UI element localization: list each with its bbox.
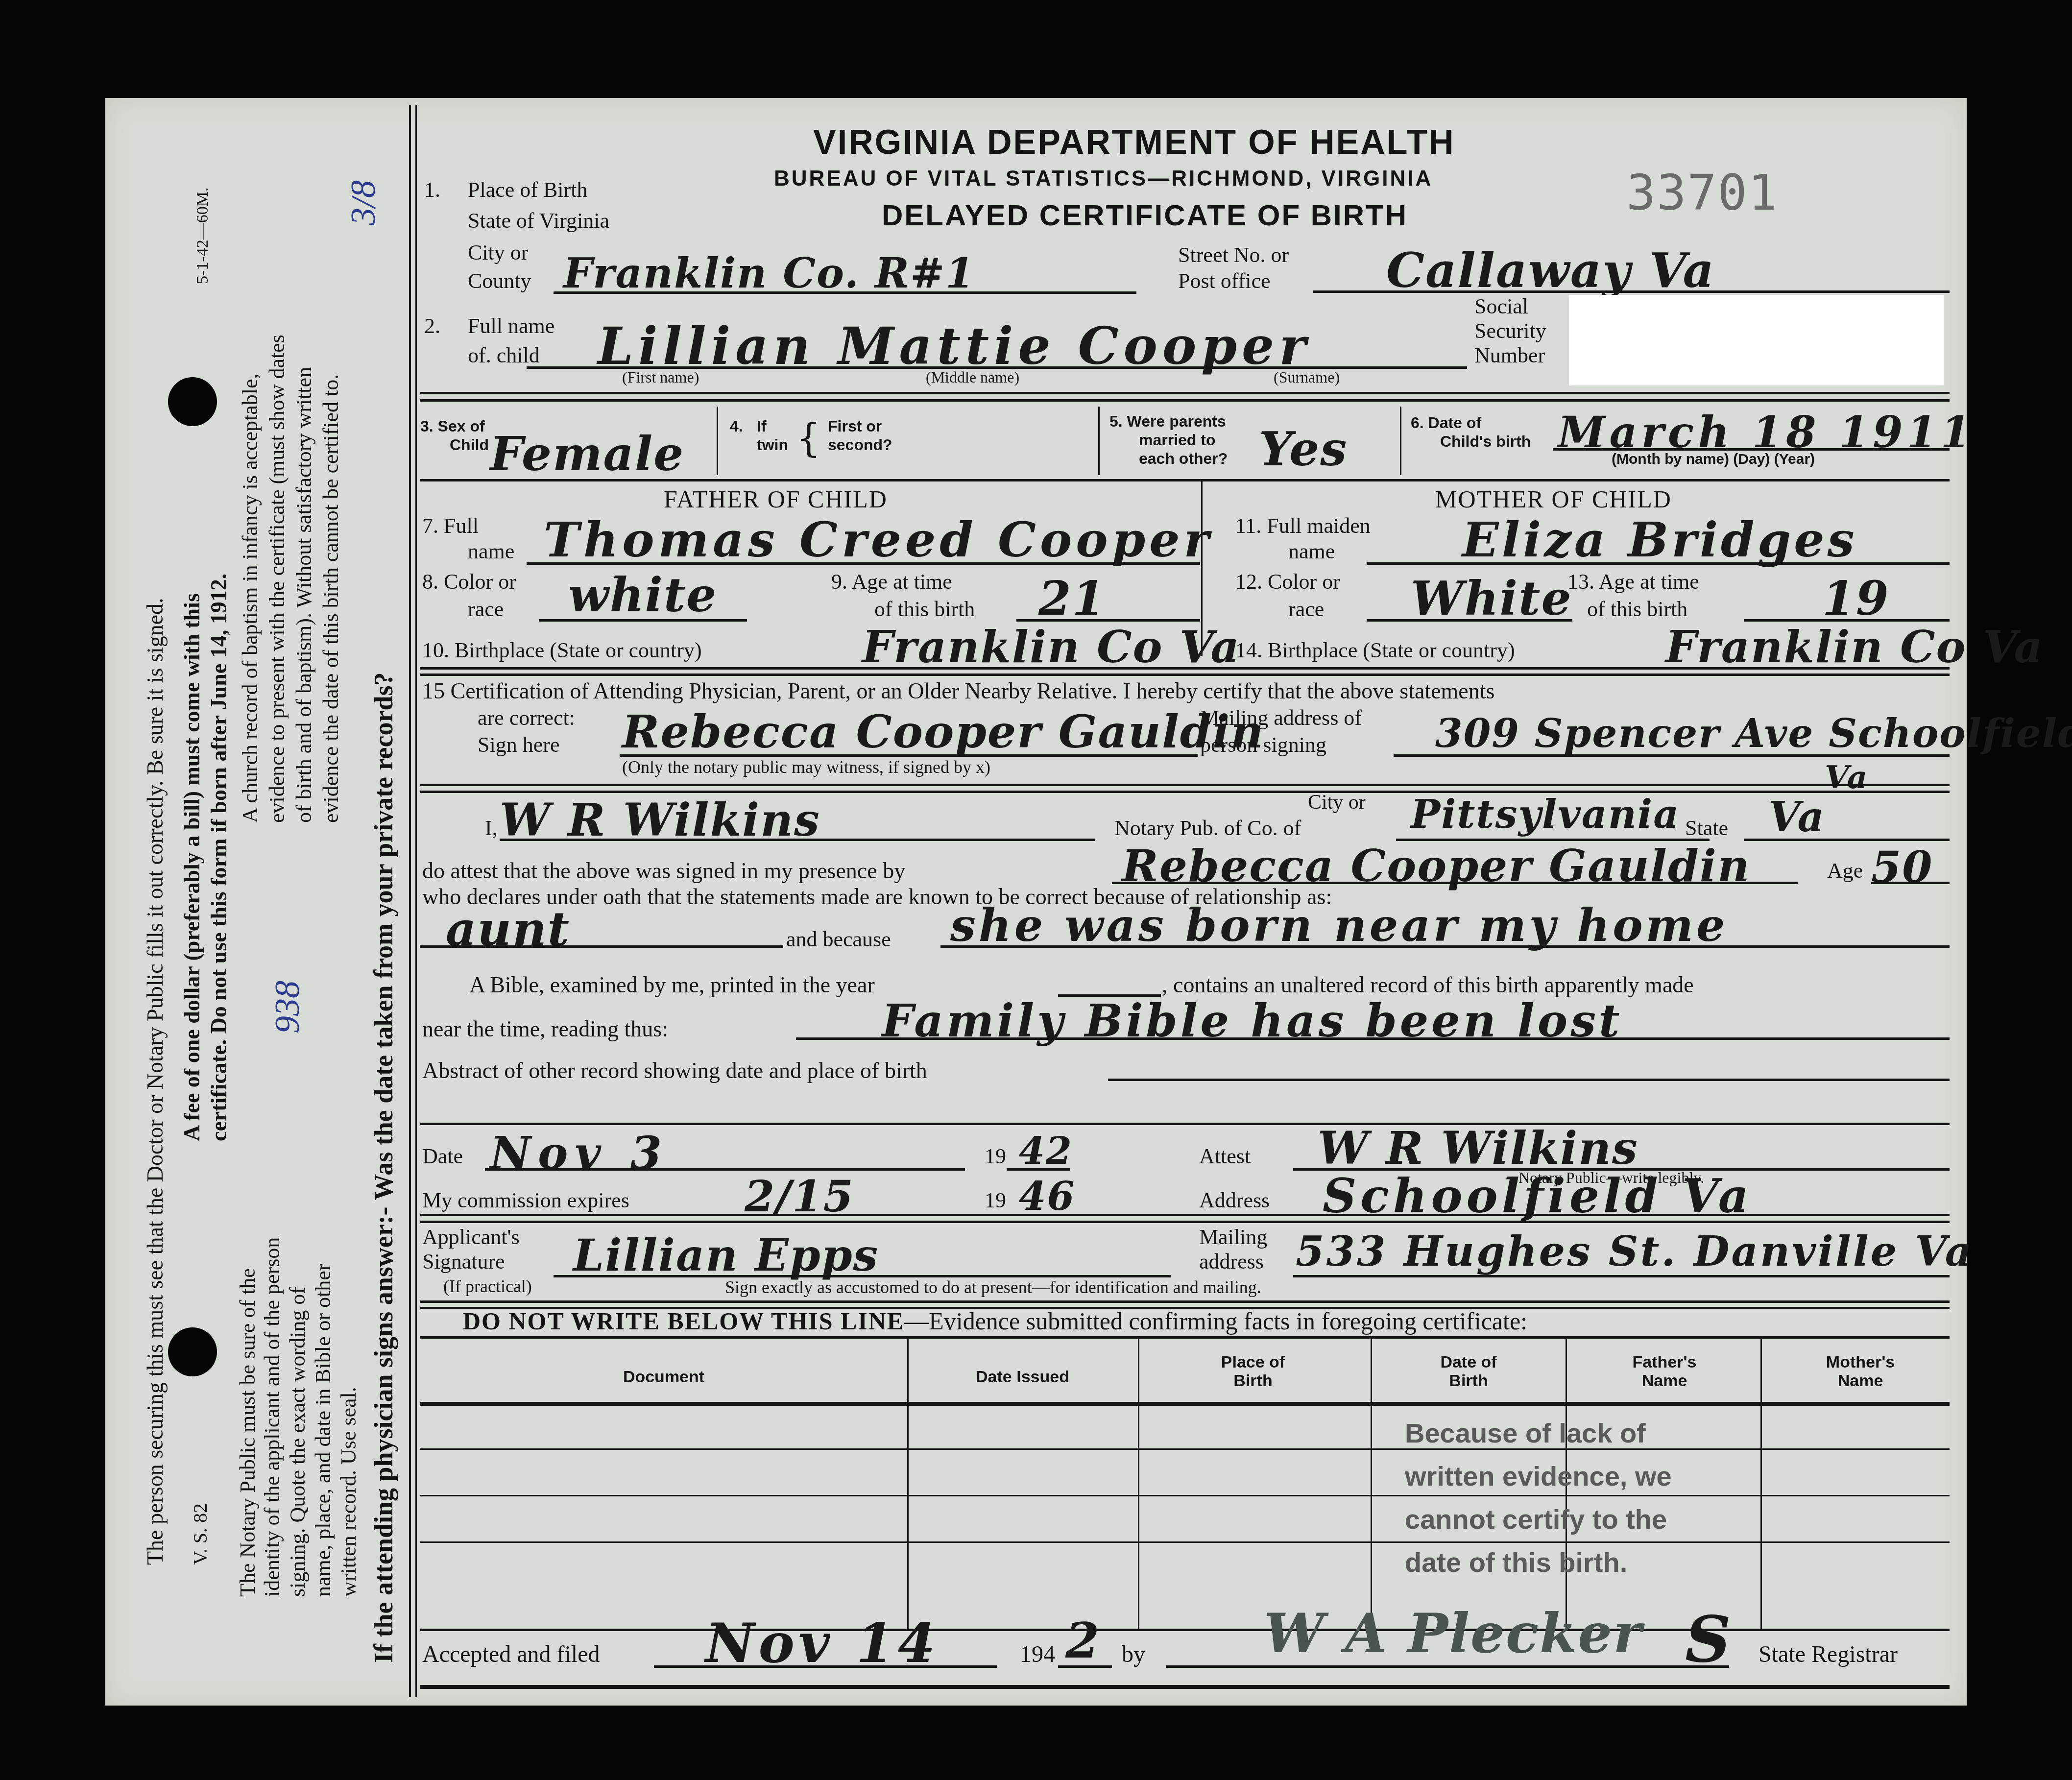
father-name-underline [527,562,1200,565]
sidebar-church-1: A church record of baptism in infancy is… [238,373,263,823]
place-of-birth-num: 1. [424,177,440,203]
sign-here-label: Sign here [478,732,559,758]
notary-state-field[interactable]: Va [1768,793,1825,841]
dob-label-1: 6. Date of [1411,414,1481,432]
ssn-redaction-box [1569,295,1944,385]
sidebar-line-fee: A fee of one dollar (preferably a bill) … [179,593,205,1141]
table-row-rule-1 [420,1448,1950,1450]
row3-divider-2 [1098,407,1100,475]
certification-line-2: are correct: [478,705,575,731]
registrar-underline [1166,1665,1729,1668]
father-age-label-1: 9. Age at time [831,569,952,595]
city-county-field[interactable]: Franklin Co. R#1 [563,249,975,297]
row3-divider-1 [717,407,718,475]
attest-age-underline [1871,882,1950,884]
applicant-label-2: Signature [422,1249,505,1275]
ssn-label-2: Security [1474,318,1546,344]
evidence-table: Document Date Issued Place of Birth Date… [420,1338,1950,1632]
table-col-divider-3 [1371,1338,1372,1630]
sex-label-2: Child [450,436,489,454]
table-header-document: Document [420,1368,907,1386]
notary-state-underline [1744,839,1950,841]
father-age-label-2: of this birth [874,597,975,622]
sidebar-church-4: evidence the date of this birth cannot b… [318,374,343,823]
final-rule [420,1685,1950,1689]
dob-label-2: Child's birth [1440,433,1531,450]
certificate-number: 33701 [1626,164,1779,221]
table-header-date-issued: Date Issued [907,1368,1138,1386]
divider-4b [420,791,1950,793]
sidebar-notary-5: written record. Use seal. [336,1387,361,1597]
notary-state-label: State [1685,816,1728,841]
mother-age-label-1: 13. Age at time [1567,569,1699,595]
applicant-label-1: Applicant's [422,1225,520,1250]
accepted-year-prefix: 194 [1020,1642,1055,1667]
notary-city-label: City or [1308,790,1366,815]
table-header-place-of-birth: Place of Birth [1204,1353,1302,1390]
table-header-fathers-name: Father's Name [1615,1353,1713,1390]
father-birthplace-field[interactable]: Franklin Co Va [862,621,1240,673]
father-race-label-2: race [468,597,504,622]
mother-name-underline [1367,562,1950,565]
attest-signature-field[interactable]: W R Wilkins [1318,1122,1638,1175]
father-race-underline [539,619,747,622]
bible-reading-underline [796,1037,1950,1040]
row3-divider-3 [1400,407,1401,475]
mother-age-field[interactable]: 19 [1822,571,1890,626]
caption-middle-name: (Middle name) [926,368,1019,386]
by-label: by [1122,1642,1145,1667]
city-label-1: City or [468,240,528,265]
place-of-birth-label: Place of Birth [468,177,587,203]
table-row-rule-2 [420,1495,1950,1496]
notary-name-underline [500,839,1095,841]
stamp-line-1: Because of lack of [1405,1412,1672,1455]
mother-birthplace-label: 14. Birthplace (State or country) [1235,638,1515,663]
father-name-field[interactable]: Thomas Creed Cooper [544,512,1213,568]
attest-label: do attest that the above was signed in m… [422,858,905,884]
form-title: DELAYED CERTIFICATE OF BIRTH [882,198,1408,232]
married-label-3: each other? [1139,450,1228,467]
street-label-1: Street No. or [1178,242,1289,268]
father-race-field[interactable]: white [568,567,717,623]
applicant-signature-field[interactable]: Lillian Epps [573,1229,879,1281]
table-header-rule [420,1402,1950,1406]
sex-field[interactable]: Female [490,426,684,481]
commission-year-prefix: 19 [985,1188,1006,1213]
notary-i-label: I, [485,816,498,841]
abstract-label: Abstract of other record showing date an… [422,1058,927,1083]
date-year-underline [1007,1168,1070,1171]
ssn-label-1: Social [1474,294,1528,319]
accepted-label: Accepted and filed [422,1642,600,1667]
sidebar-notary-3: signing. Quote the exact wording of [285,1287,310,1597]
commission-divider-a [420,1214,1950,1216]
mailing-label-2: person signing [1200,732,1326,758]
sidebar-note-3-8: 3/8 [343,180,384,225]
date-underline [485,1168,965,1171]
divider-3a [420,667,1950,670]
certification-line-1: 15 Certification of Attending Physician,… [422,678,1494,704]
department-title: VIRGINIA DEPARTMENT OF HEALTH [813,122,1455,162]
married-field[interactable]: Yes [1259,421,1348,477]
stamp-line-3: cannot certify to the [1405,1498,1672,1541]
twin-label-1: If [757,417,767,435]
father-heading: FATHER OF CHILD [664,485,888,513]
divider-1a [420,392,1950,394]
father-race-label-1: 8. Color or [422,569,516,595]
stamp-line-2: written evidence, we [1405,1455,1672,1498]
because-field[interactable]: she was born near my home [950,899,1728,952]
abstract-underline [1108,1079,1950,1081]
attest-age-field[interactable]: 50 [1871,842,1933,892]
certifier-mailing-field[interactable]: 309 Spencer Ave Schoolfield [1435,710,2072,756]
commission-divider-b [420,1221,1950,1223]
child-name-label-1: Full name [468,313,554,339]
married-label-2: married to [1139,431,1215,449]
registrar-signature: W A Plecker [1264,1602,1642,1665]
child-name-num: 2. [424,313,440,339]
mother-name-label-2: name [1288,539,1335,564]
applicant-label-3: (If practical) [443,1276,532,1297]
sidebar-note-938: 938 [267,981,308,1034]
twin-label-2: twin [757,436,788,454]
sidebar-line-do-not-use: certificate. Do not use this form if bor… [206,574,232,1141]
caption-surname: (Surname) [1274,368,1340,386]
stamp-line-4: date of this birth. [1405,1541,1672,1584]
table-header-mothers-name: Mother's Name [1811,1353,1909,1390]
sidebar-notary-4: name, place, and date in Bible or other [311,1263,336,1597]
twin-brace: { [796,415,821,461]
twin-num: 4. [730,417,743,435]
punch-hole-bottom [168,1327,217,1376]
table-col-divider-2 [1138,1338,1139,1630]
sidebar-physician-question: If the attending physician signs answer:… [368,672,399,1663]
table-col-divider-5 [1760,1338,1762,1630]
accepted-underline [654,1665,997,1668]
table-row-rule-3 [420,1541,1950,1543]
applicant-mailing-underline [1293,1275,1950,1277]
divider-4a [420,784,1950,786]
sidebar-border-2 [415,105,417,1697]
sidebar-line-securing: The person securing this must see that t… [142,598,168,1565]
accepted-year-field[interactable]: 2 [1065,1612,1101,1669]
father-age-field[interactable]: 21 [1038,571,1106,626]
married-label-1: 5. Were parents [1109,412,1226,430]
mother-race-label-1: 12. Color or [1235,569,1340,595]
city-underline [554,291,1136,294]
mother-age-label-2: of this birth [1587,597,1687,622]
date-year-field[interactable]: 42 [1019,1129,1073,1173]
commission-label: My commission expires [422,1188,629,1213]
post-office-underline [1313,290,1950,293]
twin-q2: second? [828,436,892,454]
divider-3b [420,674,1950,676]
notary-county-field[interactable]: Pittsylvania [1411,791,1680,837]
mother-race-underline [1367,619,1572,622]
state-label: State of Virginia [468,208,609,234]
street-label-2: Post office [1178,268,1271,294]
attest-sign-label: Attest [1199,1144,1251,1169]
bible-line-1a: A Bible, examined by me, printed in the … [469,972,875,998]
mother-race-field[interactable]: White [1411,571,1572,626]
mother-race-label-2: race [1288,597,1324,622]
sidebar-print-code: 5-1-42—60M. [193,188,212,284]
date-label: Date [422,1144,463,1169]
applicant-mailing-label-1: Mailing [1199,1225,1267,1250]
address-label: Address [1199,1188,1270,1213]
certifier-signature-field[interactable]: Rebecca Cooper Gauldin [622,705,1264,758]
bible-line-2: near the time, reading thus: [422,1016,668,1042]
state-registrar-label: State Registrar [1759,1642,1898,1667]
mother-name-label-1: 11. Full maiden [1235,513,1371,539]
mother-heading: MOTHER OF CHILD [1435,485,1672,513]
father-name-label-1: 7. Full [422,513,479,539]
attest-age-label: Age [1827,858,1863,884]
no-evidence-stamp: Because of lack of written evidence, we … [1405,1412,1672,1584]
applicant-mailing-field[interactable]: 533 Hughes St. Danville Va [1296,1227,1974,1275]
caption-first-name: (First name) [622,368,699,386]
date-year-prefix: 19 [985,1144,1006,1169]
sidebar-church-3: of birth and of baptism). Without satisf… [291,367,316,823]
child-name-label-2: of. child [468,343,540,368]
mailing-label-1: Mailing address of [1200,705,1362,731]
sidebar-border-1 [409,105,411,1697]
evidence-heading: DO NOT WRITE BELOW THIS LINE—Evidence su… [463,1307,1527,1335]
evidence-heading-rest: —Evidence submitted confirming facts in … [904,1307,1527,1335]
divider-2 [420,479,1950,481]
relationship-underline [420,945,783,948]
ssn-label-3: Number [1474,343,1545,368]
signature-caption: (Only the notary public may witness, if … [622,757,990,777]
divider-5a [420,1300,1950,1303]
applicant-caption: Sign exactly as accustomed to do at pres… [725,1277,1261,1298]
bureau-title: BUREAU OF VITAL STATISTICS—RICHMOND, VIR… [774,167,1433,191]
sidebar-notary-1: The Notary Public must be sure of the [235,1268,260,1597]
divider-1b [420,399,1950,402]
sex-label-1: 3. Sex of [420,417,485,435]
because-underline [940,945,1950,948]
sidebar-notary-2: identity of the applicant and of the per… [260,1237,285,1597]
relationship-field[interactable]: aunt [446,901,570,957]
mailing-underline [1394,754,1950,757]
abstract-extra-line [420,1123,1950,1125]
father-birthplace-label: 10. Birthplace (State or country) [422,638,702,663]
sidebar-church-2: evidence to present with the certificate… [265,335,289,823]
commission-year-field[interactable]: 46 [1019,1173,1075,1219]
table-header-date-of-birth: Date of Birth [1420,1353,1518,1390]
mother-birthplace-field[interactable]: Franklin Co Va [1665,621,2044,673]
notary-pub-label: Notary Pub. of Co. of [1114,816,1301,841]
city-label-2: County [468,268,531,294]
evidence-heading-bold: DO NOT WRITE BELOW THIS LINE [463,1307,904,1335]
accepted-year-underline [1058,1665,1112,1668]
father-name-label-2: name [468,539,514,564]
because-label: and because [786,927,891,952]
twin-q1: First or [828,417,882,435]
mother-name-field[interactable]: Eliza Bridges [1462,512,1857,568]
applicant-mailing-label-2: address [1199,1249,1264,1275]
sidebar-form-code: V. S. 82 [189,1503,212,1565]
punch-hole-top [168,377,217,426]
dob-caption: (Month by name) (Day) (Year) [1612,451,1815,468]
date-field[interactable]: Nov 3 [490,1127,669,1179]
